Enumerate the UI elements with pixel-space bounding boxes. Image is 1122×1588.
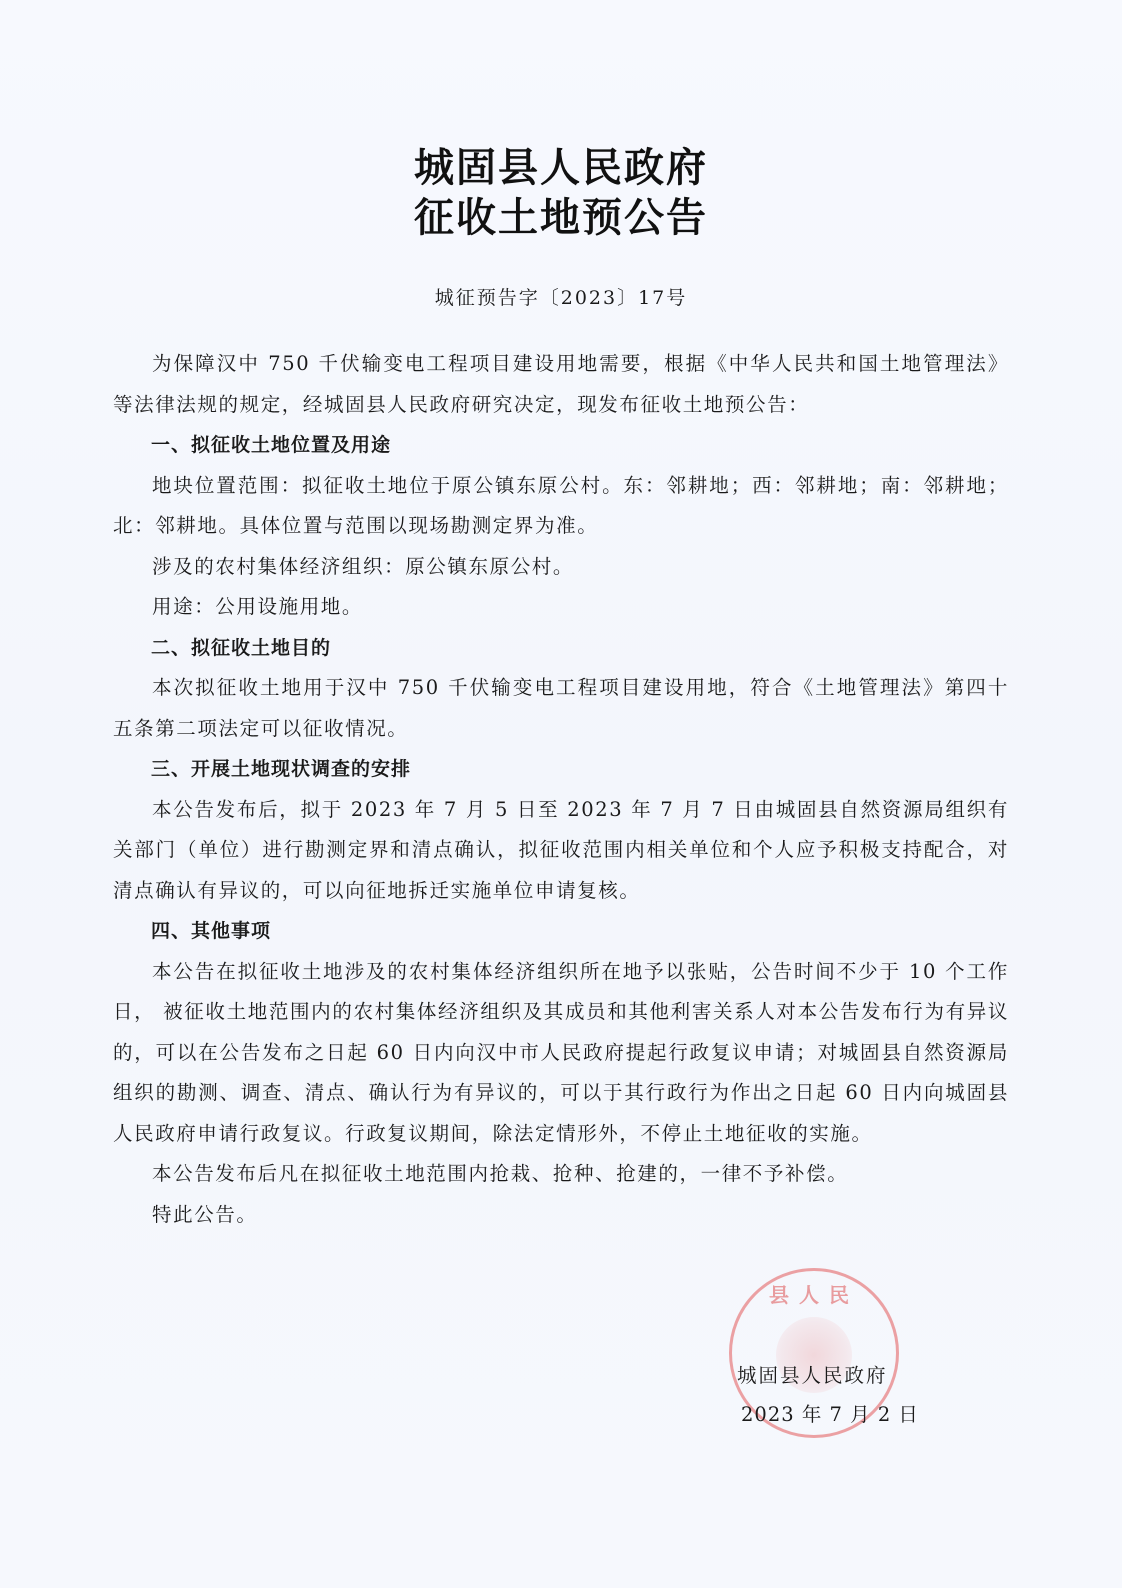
section-4-closing: 特此公告。: [113, 1195, 1009, 1236]
section-4-heading: 四、其他事项: [113, 911, 1009, 952]
document-page: 城固县人民政府 征收土地预公告 城征预告字〔2023〕17号 为保障汉中 750…: [0, 0, 1122, 1588]
intro-paragraph: 为保障汉中 750 千伏输变电工程项目建设用地需要，根据《中华人民共和国土地管理…: [113, 344, 1009, 425]
section-2-purpose: 本次拟征收土地用于汉中 750 千伏输变电工程项目建设用地，符合《土地管理法》第…: [113, 668, 1009, 749]
document-title-line1: 城固县人民政府: [0, 136, 1122, 193]
section-1-heading: 一、拟征收土地位置及用途: [113, 425, 1009, 466]
section-1-collective: 涉及的农村集体经济组织：原公镇东原公村。: [113, 547, 1009, 588]
section-1-location: 地块位置范围：拟征收土地位于原公镇东原公村。东：邻耕地；西：邻耕地；南：邻耕地；…: [113, 466, 1009, 547]
section-3-arrangement: 本公告发布后，拟于 2023 年 7 月 5 日至 2023 年 7 月 7 日…: [113, 790, 1009, 912]
section-2-heading: 二、拟征收土地目的: [113, 628, 1009, 669]
document-body: 为保障汉中 750 千伏输变电工程项目建设用地需要，根据《中华人民共和国土地管理…: [113, 344, 1009, 1235]
section-3-heading: 三、开展土地现状调查的安排: [113, 749, 1009, 790]
section-4-no-compensation: 本公告发布后凡在拟征收土地范围内抢栽、抢种、抢建的，一律不予补偿。: [113, 1154, 1009, 1195]
document-number: 城征预告字〔2023〕17号: [0, 283, 1122, 310]
section-1-usage: 用途：公用设施用地。: [113, 587, 1009, 628]
document-title-line2: 征收土地预公告: [0, 186, 1122, 243]
signature-date: 2023 年 7 月 2 日: [741, 1399, 919, 1427]
section-4-posting: 本公告在拟征收土地涉及的农村集体经济组织所在地予以张贴，公告时间不少于 10 个…: [113, 952, 1009, 1155]
seal-text: 县人民: [732, 1279, 896, 1308]
signature-organization: 城固县人民政府: [737, 1360, 888, 1388]
